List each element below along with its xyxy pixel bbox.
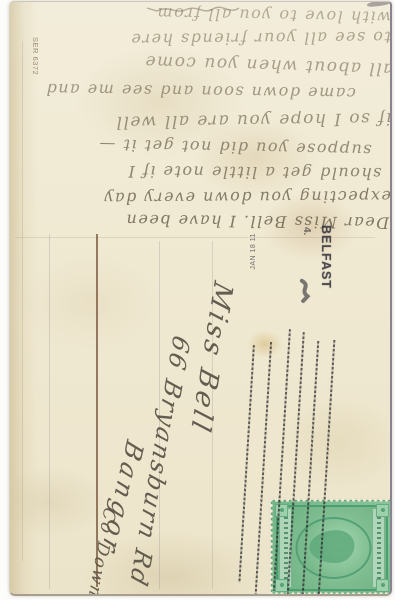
postmark-smudge [293, 278, 315, 304]
address-line-name: Miss Bell [184, 278, 238, 438]
corner-wear-mark [367, 1, 391, 8]
stamp-top-tablet [372, 508, 385, 588]
left-edge-crease [22, 41, 23, 561]
postmark-index: 4. [301, 227, 312, 235]
postcard-content: SER 6372 with love to you all from to se… [9, 1, 392, 596]
message-line: should get a little note if I [127, 162, 382, 183]
message-line: expecting you down every day [103, 187, 391, 208]
message-line: with love to you all from [156, 4, 391, 27]
message-line: suppose you did not get it — [97, 135, 371, 160]
postcard-photo: SER 6372 with love to you all from to se… [0, 0, 395, 600]
message-line: to see all your friends here [130, 28, 391, 49]
message-line: if so I hope you are all well [114, 108, 391, 132]
series-number: SER 6372 [31, 37, 40, 75]
message-line: Dear Miss Bell. I have been [125, 211, 389, 233]
message-line: all about when you come [143, 51, 392, 79]
stamp-perforation [390, 498, 392, 596]
address-rule-line [49, 234, 50, 589]
postmark-date: JAN 18 11 [250, 233, 257, 270]
postcard-back: SER 6372 with love to you all from to se… [9, 1, 392, 596]
postmark-town: BELFAST [319, 225, 333, 289]
cancellation-bars [238, 327, 354, 596]
message-line: came down soon and see me and [45, 80, 356, 103]
